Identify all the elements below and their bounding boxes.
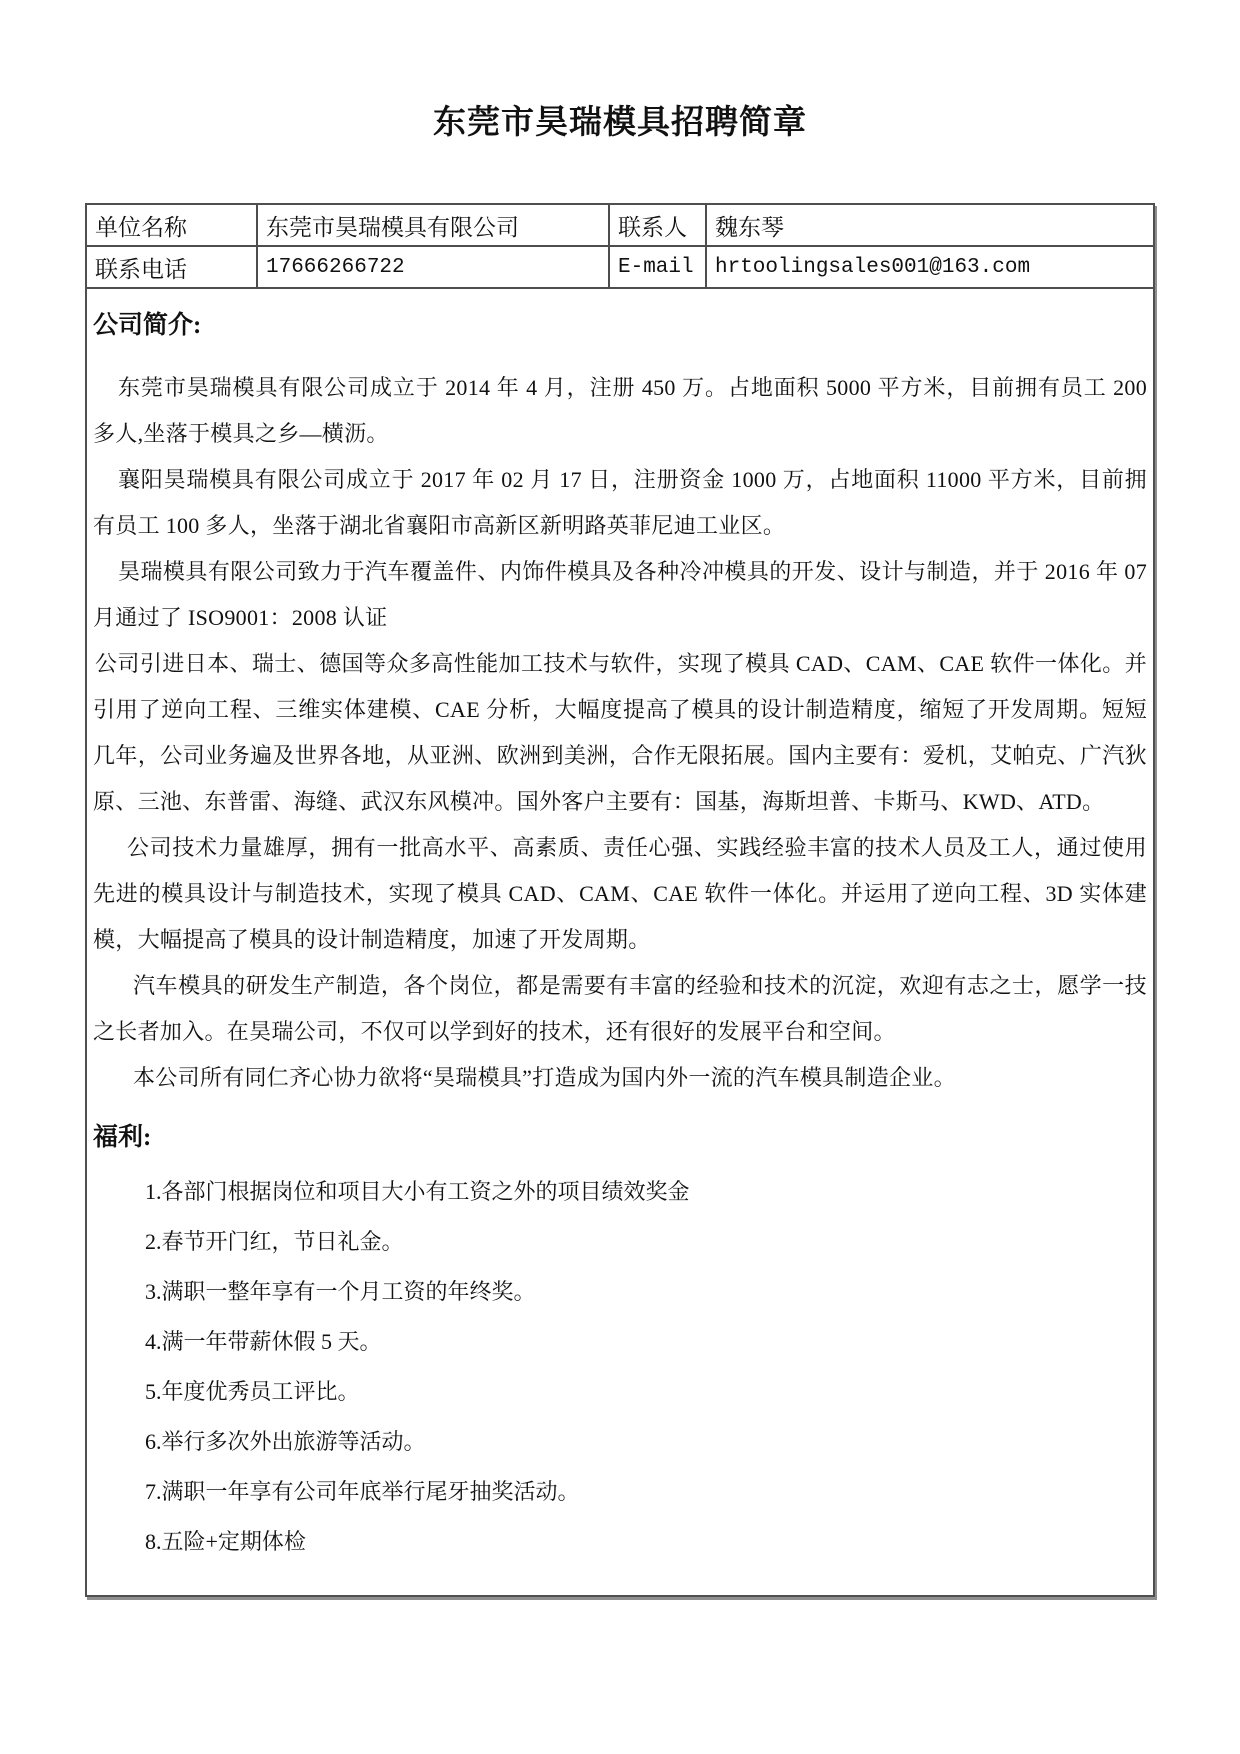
benefits-heading: 福利:	[93, 1117, 1147, 1153]
intro-paragraph: 公司技术力量雄厚，拥有一批高水平、高素质、责任心强、实践经验丰富的技术人员及工人…	[93, 825, 1147, 963]
contact-person-value: 魏东琴	[707, 205, 1153, 247]
benefit-item: 7.满职一年享有公司年底举行尾牙抽奖活动。	[93, 1467, 1147, 1517]
email-label: E-mail	[610, 247, 707, 289]
document-border-box: 单位名称 东莞市昊瑞模具有限公司 联系人 魏东琴 联系电话 1766626672…	[85, 203, 1155, 1597]
contact-person-label: 联系人	[610, 205, 707, 247]
phone-label: 联系电话	[87, 247, 258, 289]
benefit-item: 4.满一年带薪休假 5 天。	[93, 1317, 1147, 1367]
intro-paragraph: 汽车模具的研发生产制造，各个岗位，都是需要有丰富的经验和技术的沉淀，欢迎有志之士…	[93, 963, 1147, 1055]
document-page: 东莞市昊瑞模具招聘简章 单位名称 东莞市昊瑞模具有限公司 联系人 魏东琴 联系电…	[0, 0, 1240, 1754]
benefit-item: 2.春节开门红，节日礼金。	[93, 1217, 1147, 1267]
company-intro-heading: 公司简介:	[93, 305, 1147, 341]
intro-paragraph: 公司引进日本、瑞士、德国等众多高性能加工技术与软件，实现了模具 CAD、CAM、…	[93, 641, 1147, 825]
benefit-item: 8.五险+定期体检	[93, 1517, 1147, 1567]
benefit-item: 1.各部门根据岗位和项目大小有工资之外的项目绩效奖金	[93, 1167, 1147, 1217]
document-body: 公司简介: 东莞市昊瑞模具有限公司成立于 2014 年 4 月，注册 450 万…	[87, 289, 1153, 1595]
info-table: 单位名称 东莞市昊瑞模具有限公司 联系人 魏东琴 联系电话 1766626672…	[87, 205, 1153, 289]
page-title: 东莞市昊瑞模具招聘简章	[0, 96, 1240, 143]
unit-name-value: 东莞市昊瑞模具有限公司	[258, 205, 610, 247]
benefit-item: 3.满职一整年享有一个月工资的年终奖。	[93, 1267, 1147, 1317]
intro-paragraph: 东莞市昊瑞模具有限公司成立于 2014 年 4 月，注册 450 万。占地面积 …	[93, 365, 1147, 457]
unit-name-label: 单位名称	[87, 205, 258, 247]
email-value: hrtoolingsales001@163.com	[707, 247, 1153, 289]
intro-paragraph: 本公司所有同仁齐心协力欲将“昊瑞模具”打造成为国内外一流的汽车模具制造企业。	[93, 1055, 1147, 1101]
benefit-item: 6.举行多次外出旅游等活动。	[93, 1417, 1147, 1467]
phone-value: 17666266722	[258, 247, 610, 289]
intro-paragraph: 襄阳昊瑞模具有限公司成立于 2017 年 02 月 17 日，注册资金 1000…	[93, 457, 1147, 549]
benefit-item: 5.年度优秀员工评比。	[93, 1367, 1147, 1417]
intro-paragraph: 昊瑞模具有限公司致力于汽车覆盖件、内饰件模具及各种冷冲模具的开发、设计与制造，并…	[93, 549, 1147, 641]
